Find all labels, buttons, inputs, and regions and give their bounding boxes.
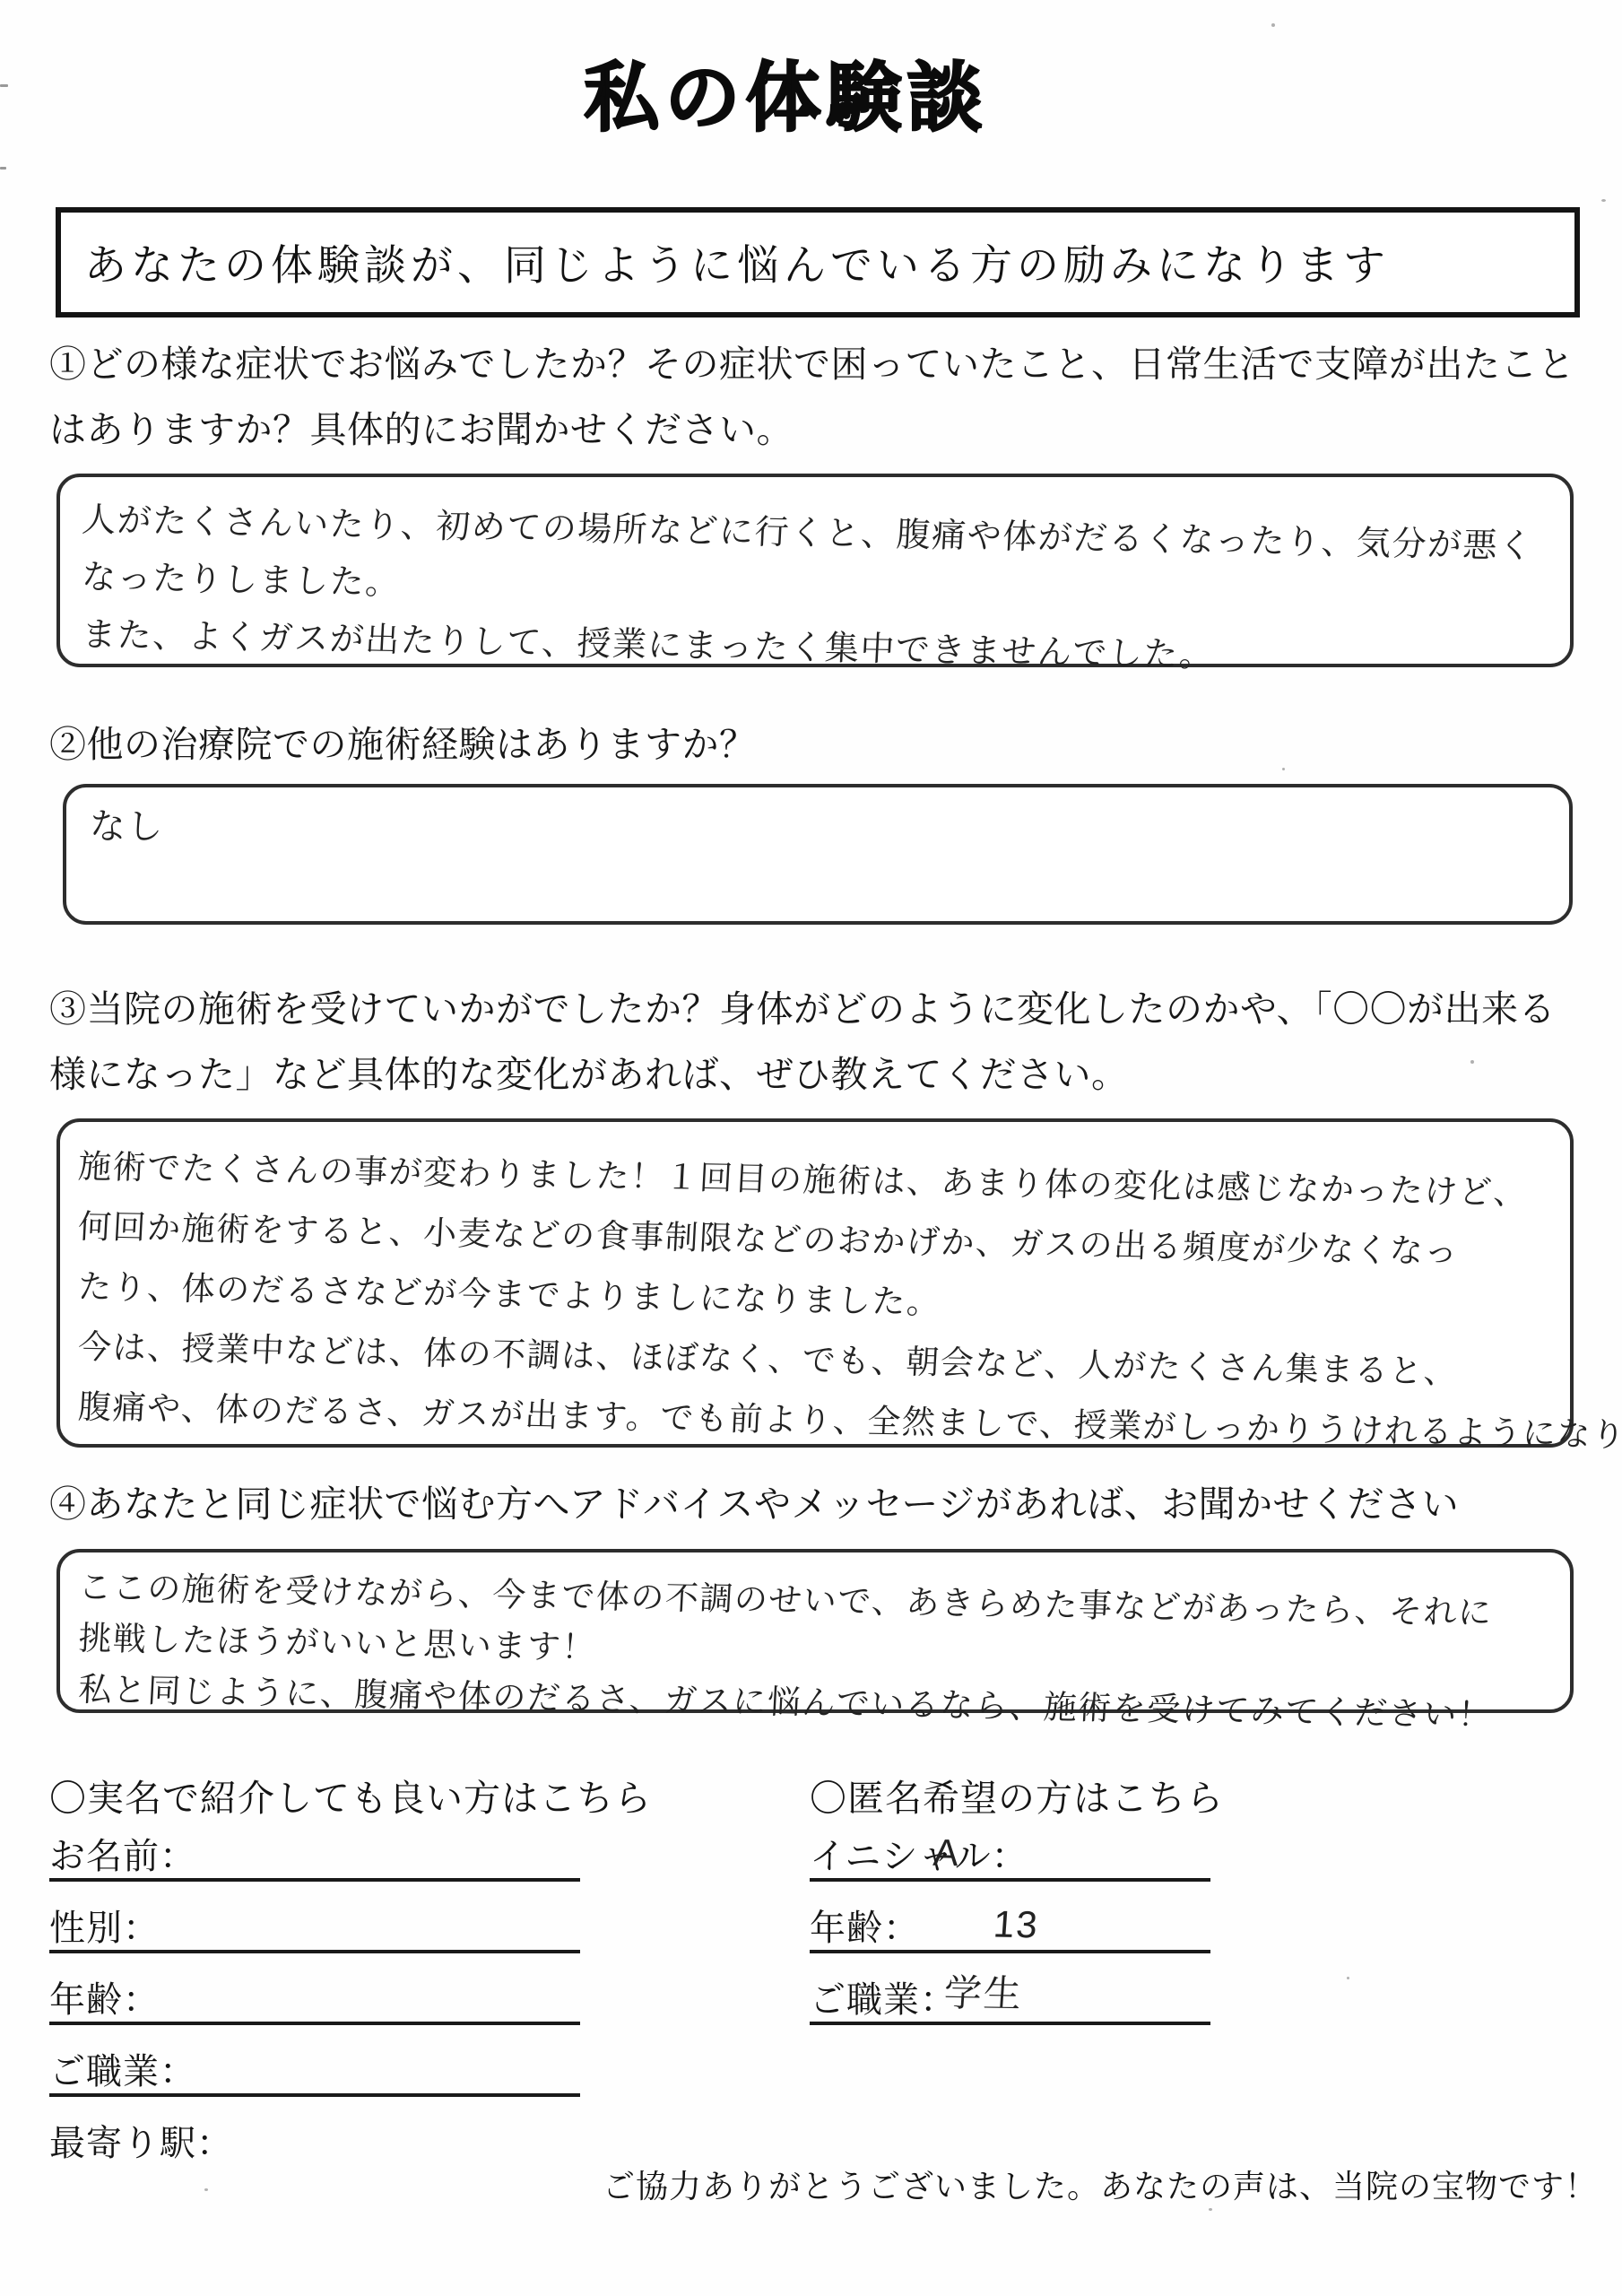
scan-speck xyxy=(1470,1060,1474,1064)
scan-speck xyxy=(204,2188,208,2191)
scan-edge-mark xyxy=(0,84,8,87)
field-row-name: お名前： xyxy=(49,1828,580,1882)
field-label: お名前： xyxy=(49,1837,196,1876)
banner-text: あなたの体験談が、同じように悩んでいる方の励みになります xyxy=(84,232,1390,292)
field-value-age: 13 xyxy=(992,1903,1040,1947)
field-value-initial: A xyxy=(932,1831,961,1874)
section-heading-anonymous: 〇匿名希望の方はこちら xyxy=(810,1769,1224,1822)
scanned-testimonial-form: 私の体験談 あなたの体験談が、同じように悩んでいる方の励みになります ①どの様な… xyxy=(0,0,1622,2296)
field-label: 年齢： xyxy=(49,1980,160,2020)
field-label: ご職業： xyxy=(810,1980,957,2020)
answer-box-2: なし xyxy=(63,784,1573,925)
answer-line: なし xyxy=(90,798,1546,861)
field-row-occupation-left: ご職業： xyxy=(49,2043,580,2097)
banner-box: あなたの体験談が、同じように悩んでいる方の励みになります xyxy=(56,207,1580,317)
question-1: ①どの様な症状でお悩みでしたか？その症状で困っていたこと、日常生活で支障が出たこ… xyxy=(49,332,1584,463)
scan-speck xyxy=(1282,768,1285,770)
scan-speck xyxy=(1601,199,1606,202)
answer-box-1: 人がたくさんいたり、初めての場所などに行くと、腹痛や体がだるくなったり、気分が悪… xyxy=(56,474,1574,667)
field-row-station: 最寄り駅： xyxy=(49,2115,580,2169)
field-label: 性別： xyxy=(49,1909,160,1948)
question-4: ④あなたと同じ症状で悩む方へアドバイスやメッセージがあれば、お聞かせください xyxy=(49,1472,1584,1537)
field-row-occupation: ご職業： 学生 xyxy=(810,1971,1210,2025)
field-label: ご職業： xyxy=(49,2052,196,2092)
section-heading-named: 〇実名で紹介しても良い方はこちら xyxy=(49,1769,652,1822)
question-2: ②他の治療院での施術経験はありますか？ xyxy=(49,712,1584,778)
field-value-occupation: 学生 xyxy=(942,1963,1025,2018)
field-row-age: 年齢： 13 xyxy=(810,1900,1210,1953)
field-label: 最寄り駅： xyxy=(49,2124,233,2163)
footer-note: ご協力ありがとうございました。あなたの声は、当院の宝物です！ xyxy=(603,2161,1598,2207)
field-label: 年齢： xyxy=(810,1909,920,1948)
answer-box-4: ここの施術を受けながら、今まで体の不調のせいで、あきらめた事などがあったら、それ… xyxy=(56,1549,1574,1713)
field-row-initial: イニシャル： A xyxy=(810,1828,1210,1882)
question-3: ③当院の施術を受けていかがでしたか？身体がどのように変化したのかや、「〇〇が出来… xyxy=(49,977,1584,1108)
answer-box-3: 施術でたくさんの事が変わりました！１回目の施術は、あまり体の変化は感じなかったけ… xyxy=(56,1118,1574,1448)
scan-edge-mark xyxy=(0,167,6,170)
field-row-age-left: 年齢： xyxy=(49,1971,580,2025)
field-label: イニシャル： xyxy=(810,1837,1028,1876)
page-title: 私の体験談 xyxy=(0,38,1597,146)
field-row-gender: 性別： xyxy=(49,1900,580,1953)
scan-speck xyxy=(1271,23,1275,27)
scan-speck xyxy=(1209,2208,1212,2211)
scan-speck xyxy=(1347,1977,1349,1979)
